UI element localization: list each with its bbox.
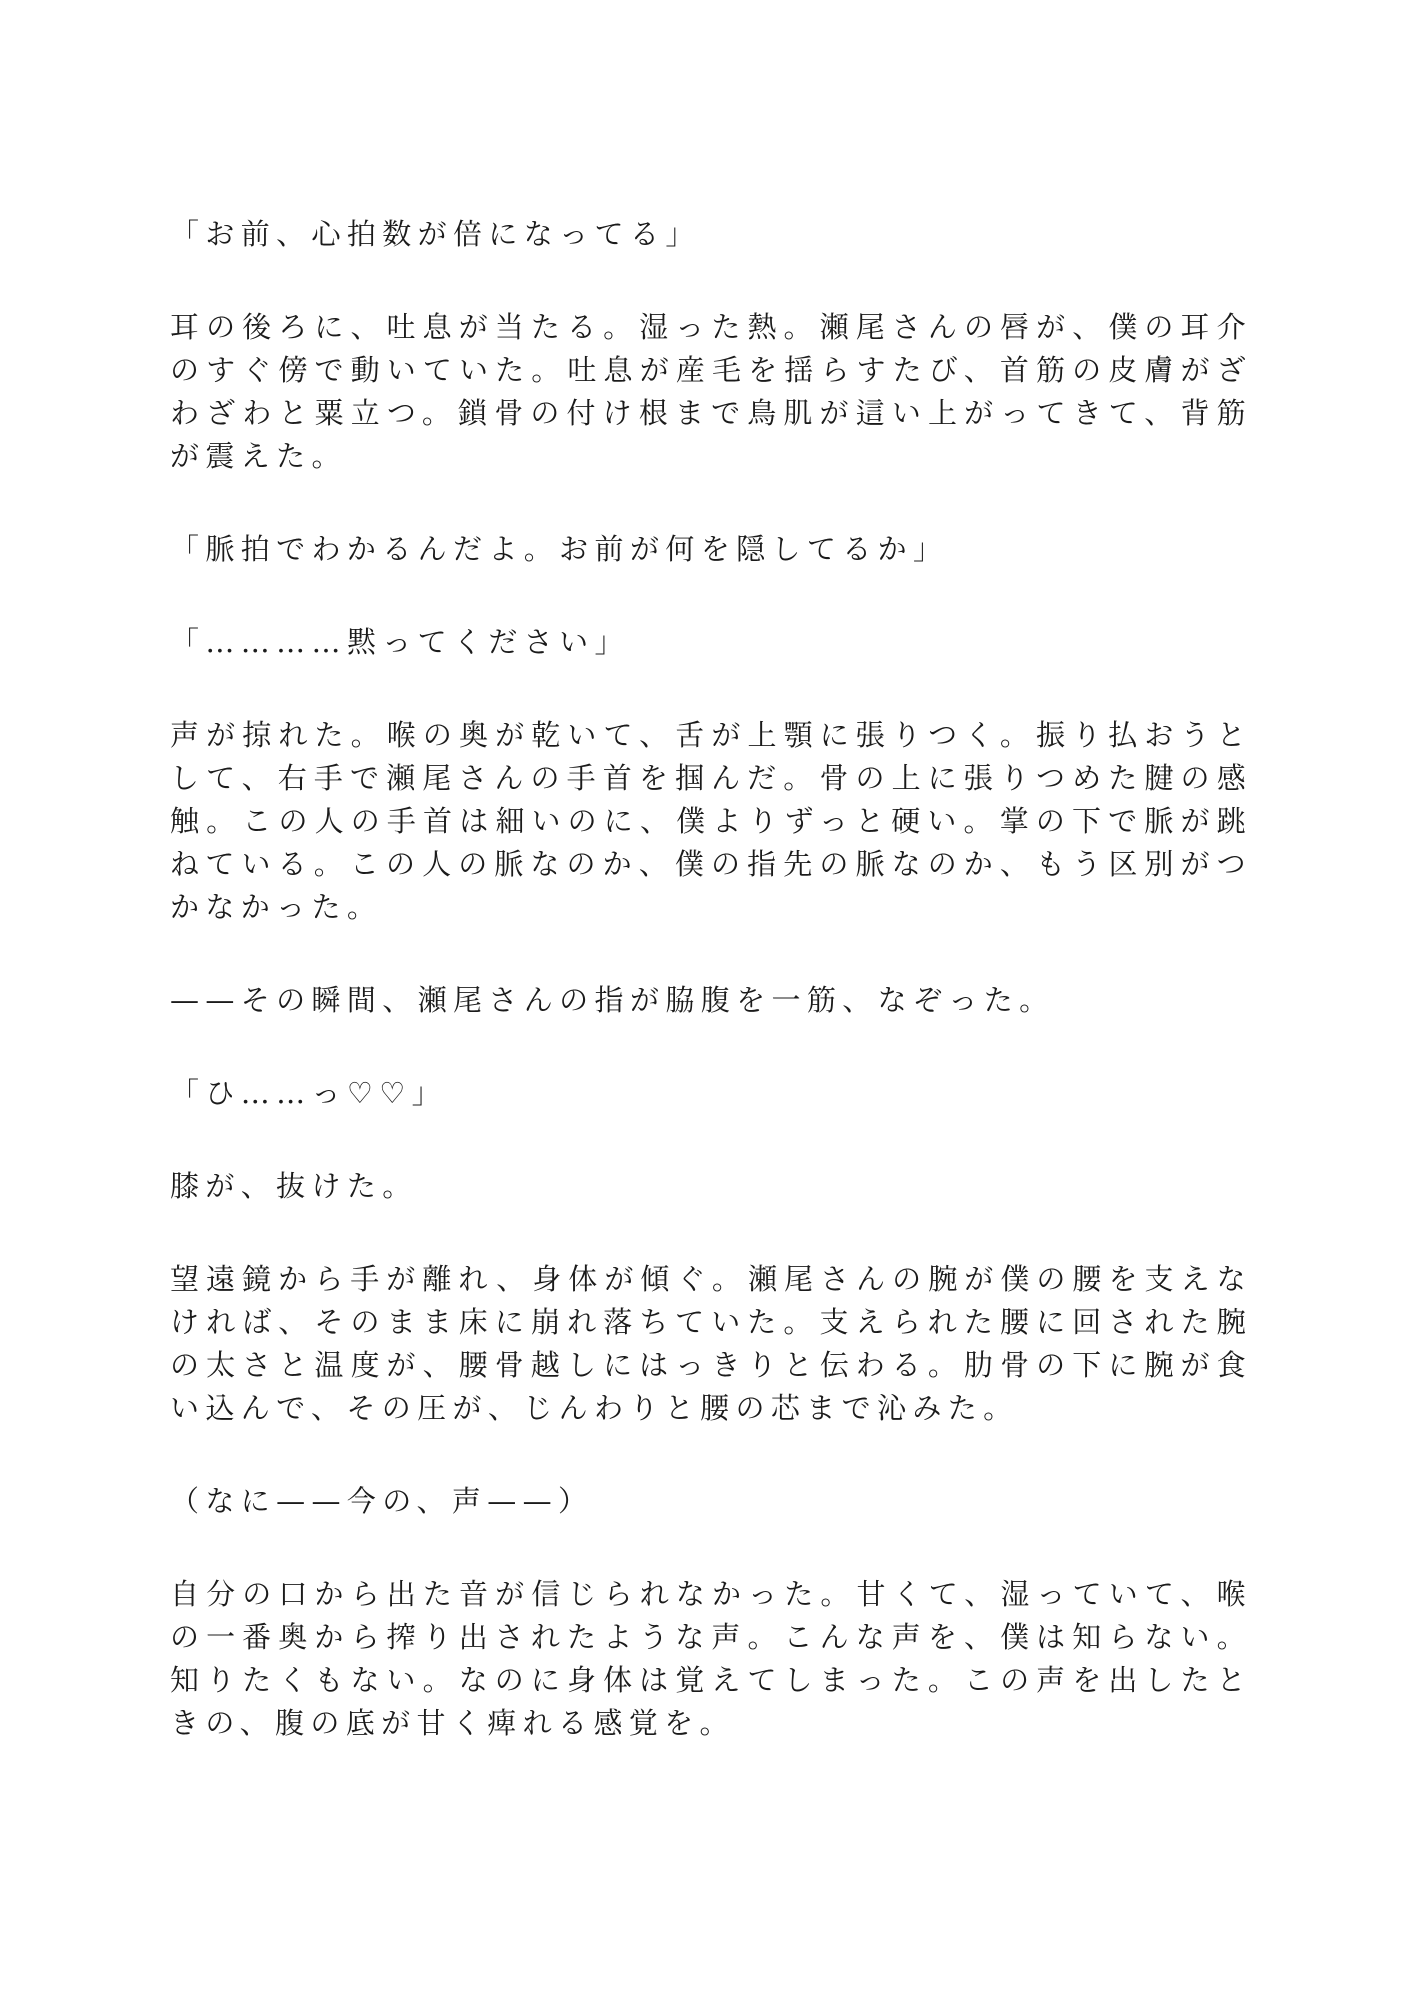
narrative-paragraph: 自分の口から出た音が信じられなかった。甘くて、湿っていて、喉の一番奥から搾り出さ… — [170, 1573, 1252, 1745]
dialogue-line: 「ひ……っ♡♡」 — [170, 1072, 1252, 1115]
dialogue-line: 「脈拍でわかるんだよ。お前が何を隠してるか」 — [170, 528, 1252, 571]
document-page: 「お前、心拍数が倍になってる」 耳の後ろに、吐息が当たる。湿った熱。瀬尾さんの唇… — [0, 0, 1415, 2000]
prose-body: 「お前、心拍数が倍になってる」 耳の後ろに、吐息が当たる。湿った熱。瀬尾さんの唇… — [170, 213, 1255, 1745]
narrative-paragraph: 望遠鏡から手が離れ、身体が傾ぐ。瀬尾さんの腕が僕の腰を支えなければ、そのまま床に… — [170, 1258, 1252, 1430]
dialogue-line: 「…………黙ってください」 — [170, 621, 1252, 664]
narrative-paragraph: ——その瞬間、瀬尾さんの指が脇腹を一筋、なぞった。 — [170, 979, 1252, 1022]
narrative-paragraph: 耳の後ろに、吐息が当たる。湿った熱。瀬尾さんの唇が、僕の耳介のすぐ傍で動いていた… — [170, 306, 1252, 478]
inner-monologue-line: （なに——今の、声——） — [170, 1480, 1252, 1523]
narrative-paragraph: 膝が、抜けた。 — [170, 1165, 1252, 1208]
dialogue-line: 「お前、心拍数が倍になってる」 — [170, 213, 1252, 256]
narrative-paragraph: 声が掠れた。喉の奥が乾いて、舌が上顎に張りつく。振り払おうとして、右手で瀬尾さん… — [170, 714, 1252, 929]
